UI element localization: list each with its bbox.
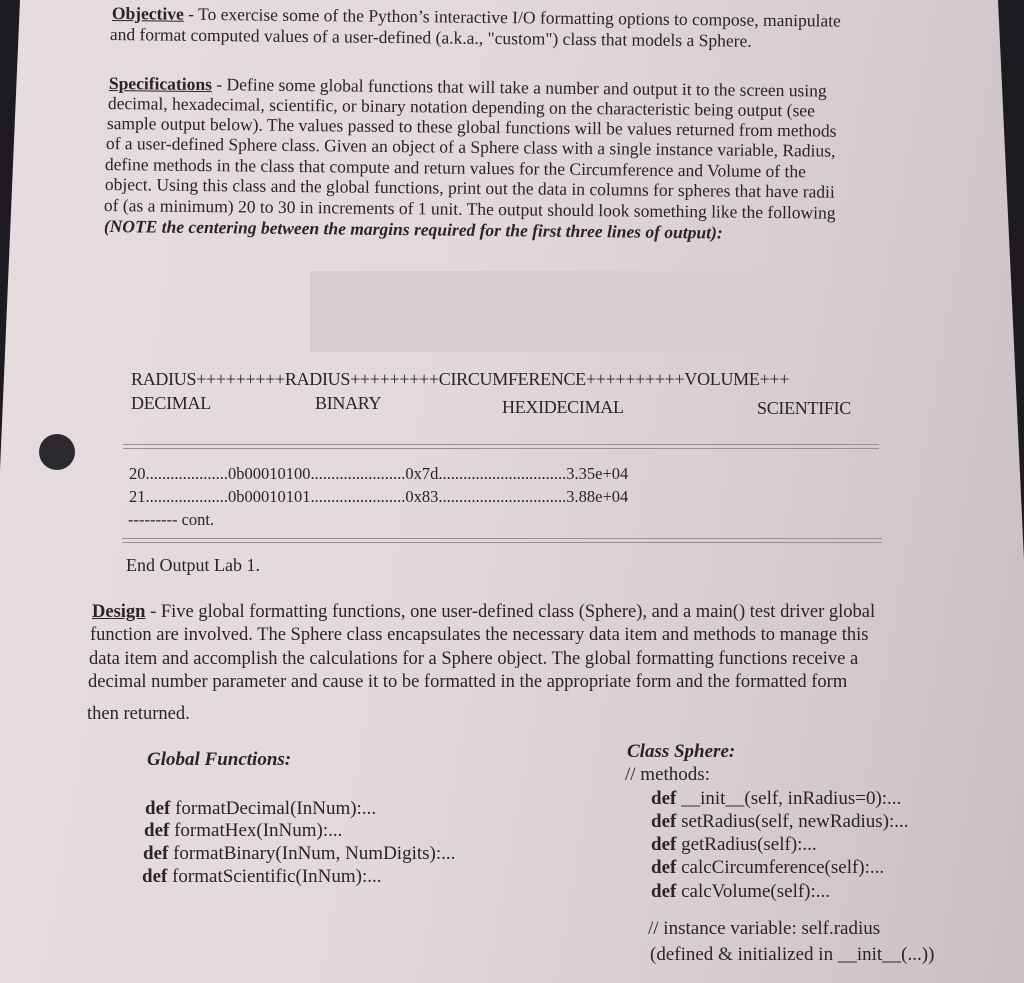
specifications-heading: Specifications <box>109 73 212 94</box>
design-line-2: function are involved. The Sphere class … <box>90 624 868 648</box>
output-header-line-1: RADIUS+++++++++RADIUS+++++++++CIRCUMFERE… <box>131 369 789 390</box>
output-row: 21....................0b00010101........… <box>129 487 628 507</box>
output-continuation: --------- cont. <box>128 510 214 530</box>
class-method-item: def calcVolume(self):... <box>651 881 830 903</box>
global-function-item: def formatScientific(InNum):... <box>142 866 382 888</box>
output-header-hex: HEXIDECIMAL <box>502 397 624 418</box>
design-heading: Design <box>92 602 145 622</box>
output-header-scientific: SCIENTIFIC <box>757 398 851 419</box>
instance-variable-comment: // instance variable: self.radius <box>648 918 880 940</box>
output-header-binary: BINARY <box>315 393 381 414</box>
end-output-label: End Output Lab 1. <box>126 555 260 576</box>
design-line-3: data item and accomplish the calculation… <box>89 648 858 672</box>
instance-variable-note: (defined & initialized in __init__(...)) <box>650 944 934 966</box>
objective-heading: Objective <box>112 3 184 24</box>
output-row: 20....................0b00010100........… <box>129 464 628 484</box>
global-function-item: def formatDecimal(InNum):... <box>145 798 376 820</box>
class-method-item: def __init__(self, inRadius=0):... <box>651 788 901 810</box>
punch-hole <box>39 434 75 470</box>
output-header-decimal: DECIMAL <box>131 393 211 414</box>
global-function-item: def formatBinary(InNum, NumDigits):... <box>143 843 455 865</box>
design-line-1: Design - Five global formatting function… <box>92 601 875 625</box>
design-line-4: decimal number parameter and cause it to… <box>88 671 847 695</box>
class-method-item: def getRadius(self):... <box>651 834 817 856</box>
double-rule-top <box>123 444 879 449</box>
class-methods-comment: // methods: <box>625 764 710 786</box>
class-method-item: def setRadius(self, newRadius):... <box>651 811 909 833</box>
design-line-5: then returned. <box>87 703 190 727</box>
global-functions-title: Global Functions: <box>147 749 291 771</box>
class-sphere-title: Class Sphere: <box>627 741 735 763</box>
global-function-item: def formatHex(InNum):... <box>144 820 342 842</box>
double-rule-bottom <box>122 538 882 543</box>
redacted-region <box>310 271 794 352</box>
class-method-item: def calcCircumference(self):... <box>651 857 884 879</box>
